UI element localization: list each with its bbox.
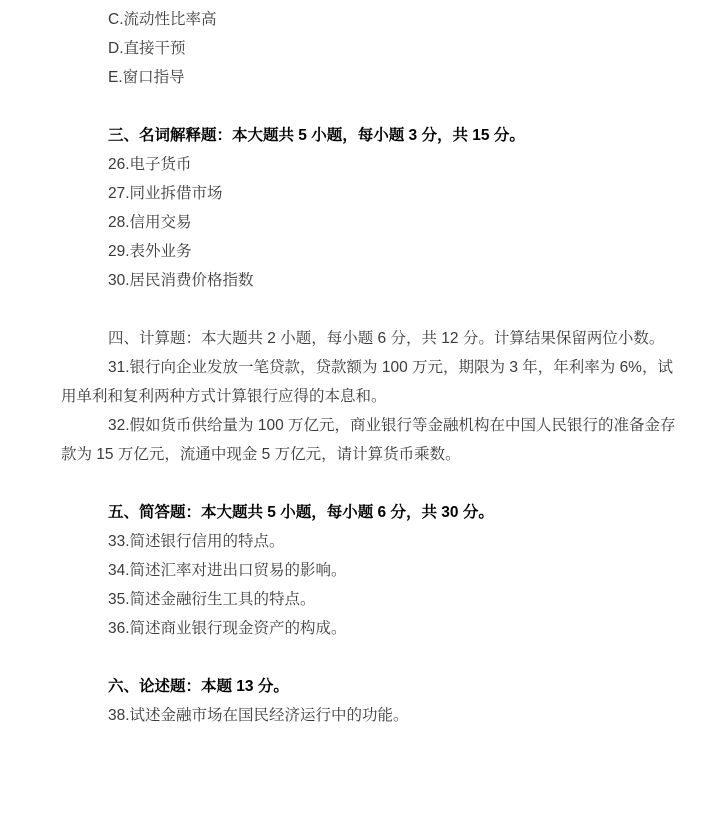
spacer	[61, 295, 656, 324]
spacer	[61, 643, 656, 672]
question-31-line-2: 用单利和复利两种方式计算银行应得的本息和。	[61, 382, 656, 411]
section-6-heading: 六、论述题：本题 13 分。	[61, 672, 656, 701]
option-d: D.直接干预	[61, 34, 656, 63]
question-32-line-2: 款为 15 万亿元，流通中现金 5 万亿元，请计算货币乘数。	[61, 440, 656, 469]
question-31-line-1: 31.银行向企业发放一笔贷款，贷款额为 100 万元，期限为 3 年，年利率为 …	[61, 353, 656, 382]
section-5-heading: 五、简答题：本大题共 5 小题，每小题 6 分，共 30 分。	[61, 498, 656, 527]
question-36: 36.简述商业银行现金资产的构成。	[61, 614, 656, 643]
question-33: 33.简述银行信用的特点。	[61, 527, 656, 556]
section-4-heading: 四、计算题：本大题共 2 小题，每小题 6 分，共 12 分。计算结果保留两位小…	[61, 324, 656, 353]
question-27: 27.同业拆借市场	[61, 179, 656, 208]
spacer	[61, 469, 656, 498]
option-e: E.窗口指导	[61, 63, 656, 92]
question-29: 29.表外业务	[61, 237, 656, 266]
question-34: 34.简述汇率对进出口贸易的影响。	[61, 556, 656, 585]
exam-document-page: C.流动性比率高 D.直接干预 E.窗口指导 三、名词解释题：本大题共 5 小题…	[0, 0, 714, 832]
spacer	[61, 92, 656, 121]
question-30: 30.居民消费价格指数	[61, 266, 656, 295]
question-28: 28.信用交易	[61, 208, 656, 237]
option-c: C.流动性比率高	[61, 5, 656, 34]
question-38: 38.试述金融市场在国民经济运行中的功能。	[61, 701, 656, 730]
section-3-heading: 三、名词解释题：本大题共 5 小题，每小题 3 分，共 15 分。	[61, 121, 656, 150]
question-32-line-1: 32.假如货币供给量为 100 万亿元，商业银行等金融机构在中国人民银行的准备金…	[61, 411, 656, 440]
question-35: 35.简述金融衍生工具的特点。	[61, 585, 656, 614]
question-26: 26.电子货币	[61, 150, 656, 179]
